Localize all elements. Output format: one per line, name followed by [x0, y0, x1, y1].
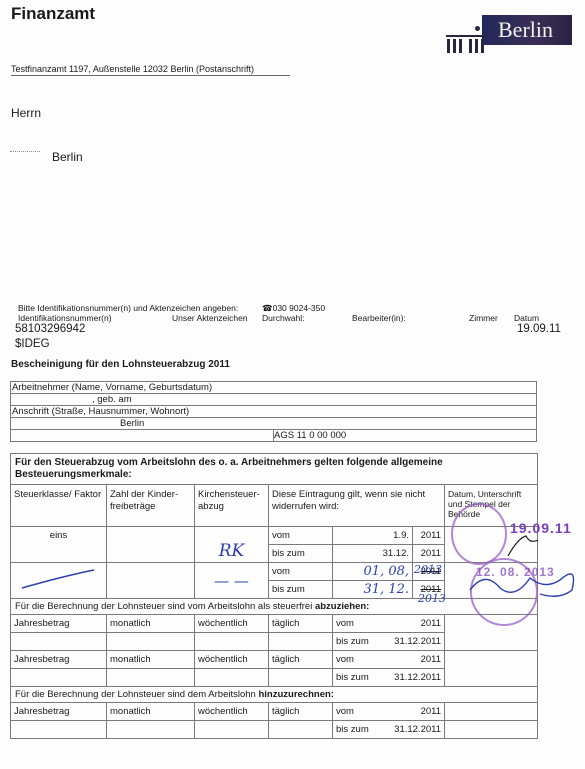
clerk-label: Bearbeiter(in):: [352, 313, 406, 323]
ded-weekly-value-2: [195, 669, 269, 687]
file-label: Unser Aktenzeichen: [172, 313, 248, 323]
to-label: bis zum: [269, 545, 333, 563]
berlin-logo: Berlin: [446, 15, 572, 55]
add-annual-value: [11, 721, 107, 739]
recipient-salutation: Herrn: [11, 106, 41, 120]
ded-monthly-2: monatlich: [107, 651, 195, 669]
col-tax-class: Steuerklasse/ Faktor: [11, 485, 107, 527]
id-number: 58103296942: [15, 323, 85, 335]
ded-annual: Jahresbetrag: [11, 615, 107, 633]
add-daily: täglich: [269, 703, 333, 721]
from-label-2: vom: [269, 563, 333, 581]
ded-from-2: vom2011: [333, 651, 445, 669]
ded-to: bis zum31.12.2011: [333, 633, 445, 651]
corrected-year-to: 2013: [418, 592, 446, 605]
to-date: 31.12.: [333, 545, 413, 563]
add-daily-value: [269, 721, 333, 739]
child-allowances-value: [107, 527, 195, 563]
add-monthly-value: [107, 721, 195, 739]
child-allowances-value-2: [107, 563, 195, 599]
ded-daily: täglich: [269, 615, 333, 633]
to-label-2: bis zum: [269, 581, 333, 599]
id-label: Identifikationsnummer(n): [18, 313, 112, 323]
reference-instruction: Bitte Identifikationsnummer(n) und Akten…: [18, 303, 238, 313]
from-year: 2011: [413, 527, 445, 545]
authority-title: Finanzamt: [11, 4, 95, 24]
col-child-allowances: Zahl der Kinder-freibeträge: [107, 485, 195, 527]
logo-text: Berlin: [498, 17, 553, 43]
from-date-2: 01, 08,: [333, 563, 413, 581]
initials-icon: [504, 530, 544, 560]
church-tax-value-2: — —: [195, 563, 269, 599]
ded-annual-value-2: [11, 669, 107, 687]
add-sign-cell: [445, 703, 538, 721]
phone-icon: ☎: [262, 303, 273, 313]
col-church-tax: Kirchensteuer-abzug: [195, 485, 269, 527]
employee-name-value: , geb. am: [11, 394, 537, 406]
ded-sign-cell-2: [445, 651, 538, 687]
col-validity: Diese Eintragung gilt, wenn sie nicht wi…: [269, 485, 445, 527]
employee-address-value: Berlin: [11, 418, 537, 430]
ded-daily-value-2: [269, 669, 333, 687]
ded-annual-value: [11, 633, 107, 651]
church-tax-value: RK: [195, 527, 269, 563]
add-sign-cell-2: [445, 721, 538, 739]
ded-to-2: bis zum31.12.2011: [333, 669, 445, 687]
additions-title: Für die Berechnung der Lohnsteuer sind d…: [11, 687, 538, 703]
sender-address-line: Testfinanzamt 1197, Außenstelle 12032 Be…: [11, 64, 290, 76]
room-label: Zimmer: [469, 313, 498, 323]
employee-address-label: Anschrift (Straße, Hausnummer, Wohnort): [11, 406, 537, 418]
ded-from: vom2011: [333, 615, 445, 633]
ded-weekly-2: wöchentlich: [195, 651, 269, 669]
ded-monthly: monatlich: [107, 615, 195, 633]
ded-daily-2: täglich: [269, 651, 333, 669]
office-stamp-icon: [451, 503, 507, 565]
document-title: Bescheinigung für den Lohnsteuerabzug 20…: [11, 359, 230, 370]
tax-features-title: Für den Steuerabzug vom Arbeitslohn des …: [11, 454, 538, 485]
date-label: Datum: [514, 313, 539, 323]
ags-divider: [273, 430, 274, 442]
signature-icon: [460, 560, 585, 605]
add-weekly-value: [195, 721, 269, 739]
add-monthly: monatlich: [107, 703, 195, 721]
ded-annual-2: Jahresbetrag: [11, 651, 107, 669]
direct-dial-label: Durchwahl:: [262, 313, 305, 323]
add-annual: Jahresbetrag: [11, 703, 107, 721]
ded-daily-value: [269, 633, 333, 651]
ded-weekly-value: [195, 633, 269, 651]
logo-dot: [475, 26, 480, 31]
tax-class-value: eins: [11, 527, 107, 563]
file-number: $IDEG: [15, 338, 50, 350]
from-date: 1.9.: [333, 527, 413, 545]
to-date-2: 31, 12.: [333, 581, 413, 599]
ded-monthly-value-2: [107, 669, 195, 687]
add-weekly: wöchentlich: [195, 703, 269, 721]
employee-name-label: Arbeitnehmer (Name, Vorname, Geburtsdatu…: [11, 382, 537, 394]
ded-monthly-value: [107, 633, 195, 651]
date-value: 19.09.11: [517, 323, 561, 335]
tax-features-table: Für den Steuerabzug vom Arbeitslohn des …: [10, 453, 538, 739]
redacted-postcode: [10, 151, 40, 153]
ded-weekly: wöchentlich: [195, 615, 269, 633]
deductions-title: Für die Berechnung der Lohnsteuer sind v…: [11, 599, 538, 615]
tax-class-value-2: [11, 563, 107, 599]
recipient-city: Berlin: [52, 150, 83, 164]
corrected-year-from: 2013: [414, 563, 442, 576]
to-year: 2011: [413, 545, 445, 563]
handwritten-dash-icon: [14, 564, 104, 592]
from-label: vom: [269, 527, 333, 545]
add-to: bis zum31.12.2011: [333, 721, 445, 739]
add-from: vom2011: [333, 703, 445, 721]
